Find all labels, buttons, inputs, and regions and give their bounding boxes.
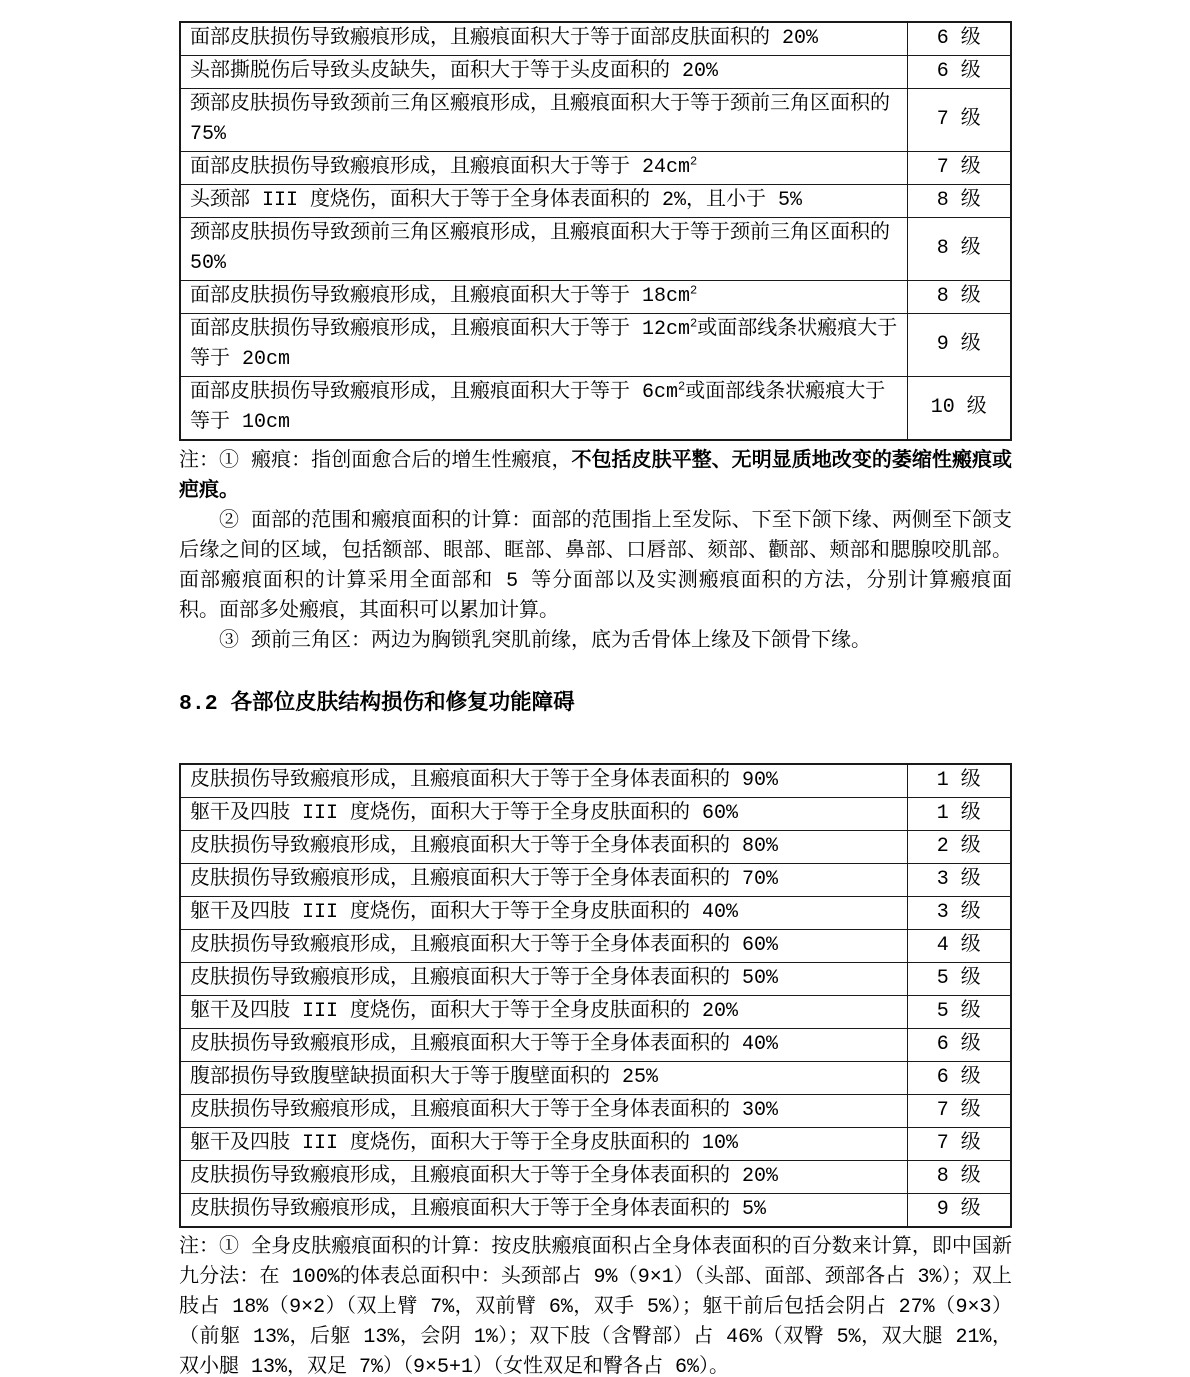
injury-description-cell: 皮肤损伤导致瘢痕形成，且瘢痕面积大于等于全身体表面积的 50% <box>180 963 907 996</box>
description-text: 躯干及四肢 III 度烧伤，面积大于等于全身皮肤面积的 20% <box>190 1000 738 1023</box>
table-row: 面部皮肤损伤导致瘢痕形成，且瘢痕面积大于等于面部皮肤面积的 20%6 级 <box>180 22 1011 56</box>
grade-cell: 9 级 <box>907 1194 1011 1228</box>
injury-description-cell: 皮肤损伤导致瘢痕形成，且瘢痕面积大于等于全身体表面积的 70% <box>180 864 907 897</box>
table-row: 皮肤损伤导致瘢痕形成，且瘢痕面积大于等于全身体表面积的 90%1 级 <box>180 764 1011 798</box>
table-row: 躯干及四肢 III 度烧伤，面积大于等于全身皮肤面积的 60%1 级 <box>180 798 1011 831</box>
injury-description-cell: 躯干及四肢 III 度烧伤，面积大于等于全身皮肤面积的 60% <box>180 798 907 831</box>
table-row: 躯干及四肢 III 度烧伤，面积大于等于全身皮肤面积的 40%3 级 <box>180 897 1011 930</box>
grade-cell: 8 级 <box>907 1161 1011 1194</box>
grade-cell: 6 级 <box>907 56 1011 89</box>
grade-cell: 6 级 <box>907 22 1011 56</box>
superscript-exponent: 2 <box>690 154 697 168</box>
grade-cell: 7 级 <box>907 1128 1011 1161</box>
description-text: 躯干及四肢 III 度烧伤，面积大于等于全身皮肤面积的 10% <box>190 1132 738 1155</box>
injury-description-cell: 皮肤损伤导致瘢痕形成，且瘢痕面积大于等于全身体表面积的 30% <box>180 1095 907 1128</box>
superscript-exponent: 2 <box>690 283 697 297</box>
description-text: 皮肤损伤导致瘢痕形成，且瘢痕面积大于等于全身体表面积的 60% <box>190 934 778 957</box>
description-text: 皮肤损伤导致瘢痕形成，且瘢痕面积大于等于全身体表面积的 50% <box>190 967 778 990</box>
injury-description-cell: 腹部损伤导致腹壁缺损面积大于等于腹壁面积的 25% <box>180 1062 907 1095</box>
injury-description-cell: 皮肤损伤导致瘢痕形成，且瘢痕面积大于等于全身体表面积的 60% <box>180 930 907 963</box>
description-text: 皮肤损伤导致瘢痕形成，且瘢痕面积大于等于全身体表面积的 30% <box>190 1099 778 1122</box>
facial-table-body: 面部皮肤损伤导致瘢痕形成，且瘢痕面积大于等于面部皮肤面积的 20%6 级头部撕脱… <box>180 22 1011 440</box>
injury-description-cell: 皮肤损伤导致瘢痕形成，且瘢痕面积大于等于全身体表面积的 20% <box>180 1161 907 1194</box>
grade-cell: 8 级 <box>907 281 1011 314</box>
table-row: 皮肤损伤导致瘢痕形成，且瘢痕面积大于等于全身体表面积的 20%8 级 <box>180 1161 1011 1194</box>
table-row: 躯干及四肢 III 度烧伤，面积大于等于全身皮肤面积的 20%5 级 <box>180 996 1011 1029</box>
grade-cell: 1 级 <box>907 764 1011 798</box>
description-text: 颈部皮肤损伤导致颈前三角区瘢痕形成，且瘢痕面积大于等于颈前三角区面积的 50% <box>190 222 890 275</box>
facial-head-neck-scar-grading-table: 面部皮肤损伤导致瘢痕形成，且瘢痕面积大于等于面部皮肤面积的 20%6 级头部撕脱… <box>179 21 1012 441</box>
injury-description-cell: 头颈部 III 度烧伤，面积大于等于全身体表面积的 2%，且小于 5% <box>180 185 907 218</box>
injury-description-cell: 头部撕脱伤后导致头皮缺失，面积大于等于头皮面积的 20% <box>180 56 907 89</box>
document-page: 面部皮肤损伤导致瘢痕形成，且瘢痕面积大于等于面部皮肤面积的 20%6 级头部撕脱… <box>179 0 1012 1377</box>
description-text: 头颈部 III 度烧伤，面积大于等于全身体表面积的 2%，且小于 5% <box>190 189 802 212</box>
grade-cell: 7 级 <box>907 152 1011 185</box>
description-text: 皮肤损伤导致瘢痕形成，且瘢痕面积大于等于全身体表面积的 40% <box>190 1033 778 1056</box>
body-skin-injury-grading-table: 皮肤损伤导致瘢痕形成，且瘢痕面积大于等于全身体表面积的 90%1 级躯干及四肢 … <box>179 763 1012 1228</box>
description-text: 皮肤损伤导致瘢痕形成，且瘢痕面积大于等于全身体表面积的 5% <box>190 1198 766 1221</box>
table-row: 皮肤损伤导致瘢痕形成，且瘢痕面积大于等于全身体表面积的 50%5 级 <box>180 963 1011 996</box>
grade-cell: 10 级 <box>907 377 1011 441</box>
facial-table-notes: 注：① 瘢痕：指创面愈合后的增生性瘢痕，不包括皮肤平整、无明显质地改变的萎缩性瘢… <box>179 447 1012 657</box>
injury-description-cell: 皮肤损伤导致瘢痕形成，且瘢痕面积大于等于全身体表面积的 90% <box>180 764 907 798</box>
body-skin-table-block: 皮肤损伤导致瘢痕形成，且瘢痕面积大于等于全身体表面积的 90%1 级躯干及四肢 … <box>179 763 1012 1228</box>
description-text: 面部皮肤损伤导致瘢痕形成，且瘢痕面积大于等于面部皮肤面积的 20% <box>190 27 818 50</box>
description-text: 颈部皮肤损伤导致颈前三角区瘢痕形成，且瘢痕面积大于等于颈前三角区面积的 75% <box>190 93 890 146</box>
grade-cell: 3 级 <box>907 864 1011 897</box>
table-row: 颈部皮肤损伤导致颈前三角区瘢痕形成，且瘢痕面积大于等于颈前三角区面积的 75%7… <box>180 89 1011 152</box>
grade-cell: 6 级 <box>907 1062 1011 1095</box>
injury-description-cell: 面部皮肤损伤导致瘢痕形成，且瘢痕面积大于等于 12cm2或面部线条状瘢痕大于等于… <box>180 314 907 377</box>
description-text: 面部皮肤损伤导致瘢痕形成，且瘢痕面积大于等于 12cm <box>190 318 690 341</box>
table-row: 面部皮肤损伤导致瘢痕形成，且瘢痕面积大于等于 24cm27 级 <box>180 152 1011 185</box>
description-text: 面部皮肤损伤导致瘢痕形成，且瘢痕面积大于等于 6cm <box>190 381 678 404</box>
table-row: 颈部皮肤损伤导致颈前三角区瘢痕形成，且瘢痕面积大于等于颈前三角区面积的 50%8… <box>180 218 1011 281</box>
description-text: 皮肤损伤导致瘢痕形成，且瘢痕面积大于等于全身体表面积的 90% <box>190 769 778 792</box>
grade-cell: 7 级 <box>907 89 1011 152</box>
injury-description-cell: 躯干及四肢 III 度烧伤，面积大于等于全身皮肤面积的 10% <box>180 1128 907 1161</box>
grade-cell: 8 级 <box>907 218 1011 281</box>
grade-cell: 5 级 <box>907 963 1011 996</box>
table-row: 皮肤损伤导致瘢痕形成，且瘢痕面积大于等于全身体表面积的 70%3 级 <box>180 864 1011 897</box>
table-row: 头颈部 III 度烧伤，面积大于等于全身体表面积的 2%，且小于 5%8 级 <box>180 185 1011 218</box>
grade-cell: 1 级 <box>907 798 1011 831</box>
grade-cell: 3 级 <box>907 897 1011 930</box>
description-text: 躯干及四肢 III 度烧伤，面积大于等于全身皮肤面积的 60% <box>190 802 738 825</box>
injury-description-cell: 躯干及四肢 III 度烧伤，面积大于等于全身皮肤面积的 20% <box>180 996 907 1029</box>
injury-description-cell: 皮肤损伤导致瘢痕形成，且瘢痕面积大于等于全身体表面积的 5% <box>180 1194 907 1228</box>
injury-description-cell: 皮肤损伤导致瘢痕形成，且瘢痕面积大于等于全身体表面积的 80% <box>180 831 907 864</box>
table-row: 面部皮肤损伤导致瘢痕形成，且瘢痕面积大于等于 6cm2或面部线条状瘢痕大于等于 … <box>180 377 1011 441</box>
injury-description-cell: 面部皮肤损伤导致瘢痕形成，且瘢痕面积大于等于 18cm2 <box>180 281 907 314</box>
note-scar-definition-regular: 注：① 瘢痕：指创面愈合后的增生性瘢痕， <box>179 450 571 473</box>
table-row: 皮肤损伤导致瘢痕形成，且瘢痕面积大于等于全身体表面积的 40%6 级 <box>180 1029 1011 1062</box>
body-skin-table-body: 皮肤损伤导致瘢痕形成，且瘢痕面积大于等于全身体表面积的 90%1 级躯干及四肢 … <box>180 764 1011 1227</box>
description-text: 头部撕脱伤后导致头皮缺失，面积大于等于头皮面积的 20% <box>190 60 718 83</box>
grade-cell: 7 级 <box>907 1095 1011 1128</box>
table-row: 皮肤损伤导致瘢痕形成，且瘢痕面积大于等于全身体表面积的 80%2 级 <box>180 831 1011 864</box>
note-anterior-neck-triangle: ③ 颈前三角区：两边为胸锁乳突肌前缘，底为舌骨体上缘及下颌骨下缘。 <box>179 627 1012 657</box>
table-row: 皮肤损伤导致瘢痕形成，且瘢痕面积大于等于全身体表面积的 30%7 级 <box>180 1095 1011 1128</box>
table-row: 皮肤损伤导致瘢痕形成，且瘢痕面积大于等于全身体表面积的 5%9 级 <box>180 1194 1011 1228</box>
section-heading: 8.2 各部位皮肤结构损伤和修复功能障碍 <box>179 691 1012 717</box>
description-text: 面部皮肤损伤导致瘢痕形成，且瘢痕面积大于等于 18cm <box>190 285 690 308</box>
description-text: 躯干及四肢 III 度烧伤，面积大于等于全身皮肤面积的 40% <box>190 901 738 924</box>
table-row: 躯干及四肢 III 度烧伤，面积大于等于全身皮肤面积的 10%7 级 <box>180 1128 1011 1161</box>
grade-cell: 6 级 <box>907 1029 1011 1062</box>
injury-description-cell: 颈部皮肤损伤导致颈前三角区瘢痕形成，且瘢痕面积大于等于颈前三角区面积的 75% <box>180 89 907 152</box>
table-row: 皮肤损伤导致瘢痕形成，且瘢痕面积大于等于全身体表面积的 60%4 级 <box>180 930 1011 963</box>
description-text: 皮肤损伤导致瘢痕形成，且瘢痕面积大于等于全身体表面积的 70% <box>190 868 778 891</box>
description-text: 皮肤损伤导致瘢痕形成，且瘢痕面积大于等于全身体表面积的 20% <box>190 1165 778 1188</box>
injury-description-cell: 皮肤损伤导致瘢痕形成，且瘢痕面积大于等于全身体表面积的 40% <box>180 1029 907 1062</box>
description-text: 面部皮肤损伤导致瘢痕形成，且瘢痕面积大于等于 24cm <box>190 156 690 179</box>
grade-cell: 9 级 <box>907 314 1011 377</box>
note-face-area-calculation: ② 面部的范围和瘢痕面积的计算：面部的范围指上至发际、下至下颌下缘、两侧至下颌支… <box>179 507 1012 627</box>
injury-description-cell: 颈部皮肤损伤导致颈前三角区瘢痕形成，且瘢痕面积大于等于颈前三角区面积的 50% <box>180 218 907 281</box>
injury-description-cell: 面部皮肤损伤导致瘢痕形成，且瘢痕面积大于等于面部皮肤面积的 20% <box>180 22 907 56</box>
grade-cell: 2 级 <box>907 831 1011 864</box>
grade-cell: 5 级 <box>907 996 1011 1029</box>
description-text: 腹部损伤导致腹壁缺损面积大于等于腹壁面积的 25% <box>190 1066 658 1089</box>
injury-description-cell: 面部皮肤损伤导致瘢痕形成，且瘢痕面积大于等于 6cm2或面部线条状瘢痕大于等于 … <box>180 377 907 441</box>
table-row: 面部皮肤损伤导致瘢痕形成，且瘢痕面积大于等于 12cm2或面部线条状瘢痕大于等于… <box>180 314 1011 377</box>
injury-description-cell: 躯干及四肢 III 度烧伤，面积大于等于全身皮肤面积的 40% <box>180 897 907 930</box>
table-row: 腹部损伤导致腹壁缺损面积大于等于腹壁面积的 25%6 级 <box>180 1062 1011 1095</box>
description-text: 皮肤损伤导致瘢痕形成，且瘢痕面积大于等于全身体表面积的 80% <box>190 835 778 858</box>
note-body-surface-calculation: 注：① 全身皮肤瘢痕面积的计算：按皮肤瘢痕面积占全身体表面积的百分数来计算，即中… <box>179 1233 1012 1377</box>
grade-cell: 4 级 <box>907 930 1011 963</box>
body-skin-table-notes: 注：① 全身皮肤瘢痕面积的计算：按皮肤瘢痕面积占全身体表面积的百分数来计算，即中… <box>179 1233 1012 1377</box>
note-scar-definition: 注：① 瘢痕：指创面愈合后的增生性瘢痕，不包括皮肤平整、无明显质地改变的萎缩性瘢… <box>179 447 1012 507</box>
table-row: 面部皮肤损伤导致瘢痕形成，且瘢痕面积大于等于 18cm28 级 <box>180 281 1011 314</box>
grade-cell: 8 级 <box>907 185 1011 218</box>
injury-description-cell: 面部皮肤损伤导致瘢痕形成，且瘢痕面积大于等于 24cm2 <box>180 152 907 185</box>
table-row: 头部撕脱伤后导致头皮缺失，面积大于等于头皮面积的 20%6 级 <box>180 56 1011 89</box>
